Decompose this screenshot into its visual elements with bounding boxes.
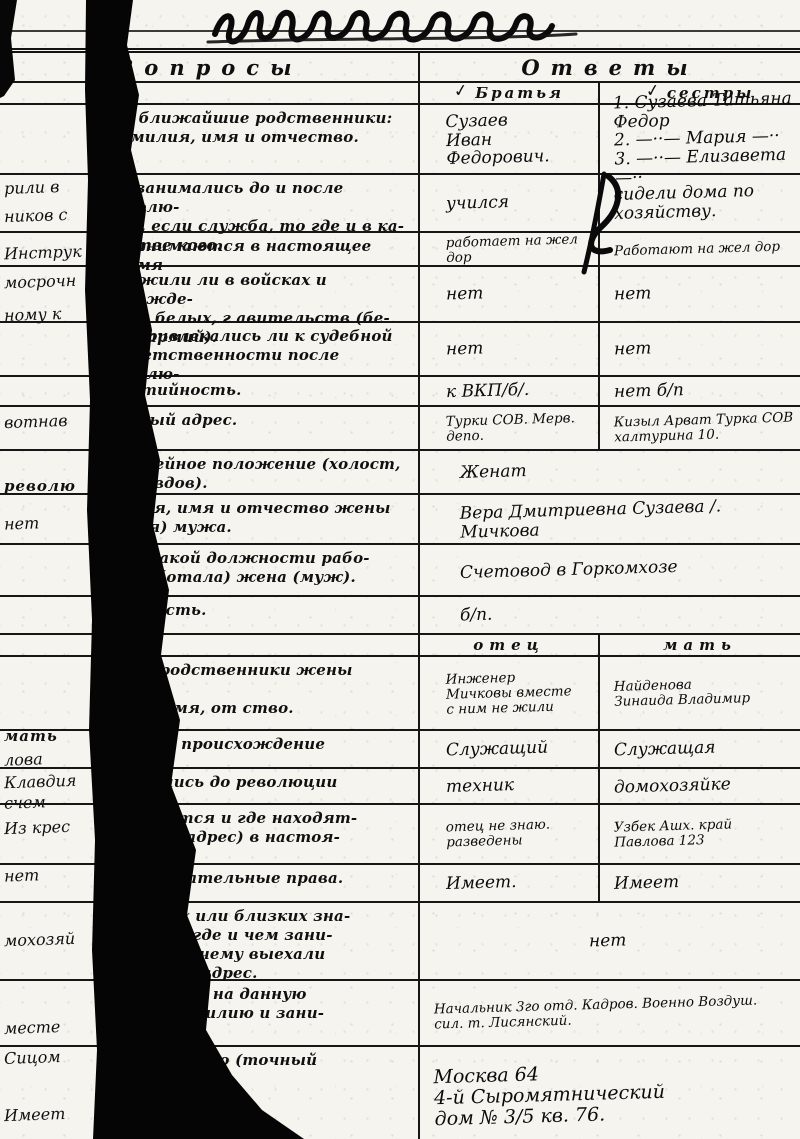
answer-cell-right: Служащая <box>600 731 800 767</box>
handwritten-answer: Счетовод в Горкомхозе <box>460 558 678 583</box>
question-cell: жительство (точный телефона). <box>0 1047 420 1139</box>
questionnaire-table: Вопросы Ответы ✓ Братья ✓ сестры ши ближ… <box>0 48 800 1139</box>
question-cell: Не привлекались ли к судебной ответствен… <box>0 323 420 375</box>
answer-cell-right: сидели дома по хозяйству. <box>600 175 800 231</box>
question-cell: Партийность. <box>0 377 420 405</box>
question-cell: комендует на данную азать фамилию и зани… <box>0 981 420 1045</box>
handwritten-answer: Имеет <box>614 873 680 893</box>
handwritten-answer: Работают на жел дор <box>614 239 780 258</box>
question-cell: и на какой должности рабо- т (работала) … <box>0 545 420 595</box>
handwritten-answer: отец не знаю. разведены <box>446 818 551 851</box>
mother-subheader-label: мать <box>663 636 737 654</box>
answer-cell-left: Инженер Мичковы вместе с ним не жили <box>420 657 600 729</box>
question-text: и на какой должности рабо- т (работала) … <box>106 549 370 586</box>
questions-header-cell: Вопросы <box>0 53 420 81</box>
empty-cell <box>0 635 420 655</box>
question-cell: и родных или близких зна- раницей, где и… <box>0 903 420 979</box>
handwritten-answer: нет <box>589 931 627 951</box>
table-row: вие или происхождениеСлужащийСлужащая <box>0 731 800 769</box>
table-row: ши ближайшие родственники: Фамилия, имя … <box>0 105 800 175</box>
question-cell: ем занимались до и после револю- ции, ес… <box>0 175 420 231</box>
handwritten-answer: Турки СОВ. Мерв. депо. <box>446 411 576 444</box>
handwritten-answer: Начальник 3го отд. Кадров. Военно Воздуш… <box>434 994 758 1033</box>
handwritten-answer: Имеет. <box>446 873 517 894</box>
answers-header-cell: Ответы <box>420 53 800 81</box>
table-row: йшие родственники жены ). илия, имя, от … <box>0 657 800 731</box>
table-row: жительство (точный телефона).Москва 64 4… <box>0 1047 800 1139</box>
handwritten-answer: техник <box>446 776 515 797</box>
parents-subheader-row: отецмать <box>0 635 800 657</box>
answer-cell-left: к ВКП/б/. <box>420 377 600 405</box>
answer-cell-left: техник <box>420 769 600 803</box>
mother-subheader-cell: мать <box>600 635 800 655</box>
question-cell: ши ближайшие родственники: Фамилия, имя … <box>0 105 420 173</box>
question-cell: милия, имя и отчество жены вичья) мужа. <box>0 495 420 543</box>
question-text: вие или происхождение <box>106 735 325 753</box>
questions-header-label: Вопросы <box>116 55 303 80</box>
answers-header-label: Ответы <box>521 55 698 80</box>
answer-cell-right: Работают на жел дор <box>600 233 800 265</box>
answer-cell: нет <box>420 903 800 979</box>
handwritten-answer: Узбек Ашх. край Павлова 123 <box>614 818 733 851</box>
answer-cell-left: Турки СОВ. Мерв. депо. <box>420 407 600 449</box>
question-cell: вие или происхождение <box>0 731 420 767</box>
table-row: комендует на данную азать фамилию и зани… <box>0 981 800 1047</box>
brothers-subheader-cell: ✓ Братья <box>420 83 600 103</box>
answer-cell: Счетовод в Горкомхозе <box>420 545 800 595</box>
question-text: ли избирательные права. <box>106 869 343 887</box>
handwritten-answer: б/п. <box>460 605 493 625</box>
table-row: анимались до революциитехникдомохозяйке <box>0 769 800 805</box>
answer-cell: б/п. <box>420 597 800 633</box>
question-text: е семейное положение (холост, нат, вдов)… <box>106 455 401 492</box>
answer-cell-right: нет <box>600 323 800 375</box>
question-cell: анимались до революции <box>0 769 420 803</box>
answer-cell-left: Сузаев Иван Федорович. <box>420 105 600 173</box>
question-cell: м занимаются в настоящее время <box>0 233 420 265</box>
handwritten-answer: домохозяйке <box>614 775 731 797</box>
question-text: комендует на данную азать фамилию и зани… <box>106 985 324 1041</box>
table-row: и на какой должности рабо- т (работала) … <box>0 545 800 597</box>
empty-cell <box>0 83 420 103</box>
handwritten-title-scrawl-icon <box>190 0 590 52</box>
handwritten-answer: сидели дома по хозяйству. <box>614 182 755 223</box>
answer-cell-right: Имеет <box>600 865 800 901</box>
answer-cell-right: Узбек Ашх. край Павлова 123 <box>600 805 800 863</box>
table-row: тийность.б/п. <box>0 597 800 635</box>
question-text: тийность. <box>106 601 207 619</box>
handwritten-answer: Женат <box>460 462 527 483</box>
handwritten-answer: работает на жел дор <box>446 232 595 266</box>
father-subheader-label: отец <box>473 636 544 654</box>
table-row: Точный адрес.Турки СОВ. Мерв. депо.Кизыл… <box>0 407 800 451</box>
handwritten-answer: Служащий <box>446 738 549 760</box>
question-text: Партийность. <box>106 381 242 399</box>
handwritten-answer: Москва 64 4-й Сыромятнический дом № 3/5 … <box>433 1061 666 1130</box>
handwritten-answer: нет <box>446 339 484 359</box>
table-row: анимаются и где находят- точный адрес) в… <box>0 805 800 865</box>
handwritten-answer: учился <box>446 193 509 213</box>
table-row: м занимаются в настоящее времяработает н… <box>0 233 800 267</box>
handwritten-answer: Найденова Зинаида Владимир <box>614 676 751 709</box>
handwritten-answer: 1. Сузаева Татьяна Федор 2. —··— Мария —… <box>613 90 798 188</box>
answer-cell-right: домохозяйке <box>600 769 800 803</box>
brothers-subheader-label: Братья <box>475 84 564 102</box>
question-cell: Точный адрес. <box>0 407 420 449</box>
answer-cell-left: нет <box>420 267 600 321</box>
question-text: жительство (точный телефона). <box>106 1051 317 1088</box>
handwritten-answer: Кизыл Арват Турка СОВ халтурина 10. <box>614 411 794 446</box>
table-row: Партийность.к ВКП/б/.нет б/п <box>0 377 800 407</box>
answer-cell-right: Найденова Зинаида Владимир <box>600 657 800 729</box>
handwritten-answer: Вера Дмитриевна Сузаева /. Мичкова <box>460 496 797 543</box>
question-cell: е семейное положение (холост, нат, вдов)… <box>0 451 420 493</box>
question-cell: Служили ли в войсках и учрежде- ниях бел… <box>0 267 420 321</box>
father-subheader-cell: отец <box>420 635 600 655</box>
horizontal-rule <box>0 30 800 32</box>
answer-cell-right: нет б/п <box>600 377 800 405</box>
question-text: анимались до революции <box>106 773 337 791</box>
table-row: Служили ли в войсках и учрежде- ниях бел… <box>0 267 800 323</box>
handwritten-answer: Служащая <box>614 738 716 760</box>
scanned-questionnaire-page: Вопросы Ответы ✓ Братья ✓ сестры ши ближ… <box>0 0 800 1139</box>
answer-cell-left: учился <box>420 175 600 231</box>
answer-cell: Начальник 3го отд. Кадров. Военно Воздуш… <box>420 981 800 1045</box>
table-row: е семейное положение (холост, нат, вдов)… <box>0 451 800 495</box>
table-row: и родных или близких зна- раницей, где и… <box>0 903 800 981</box>
table-row: Не привлекались ли к судебной ответствен… <box>0 323 800 377</box>
question-text: йшие родственники жены ). илия, имя, от … <box>106 661 353 717</box>
handwritten-answer: Инженер Мичковы вместе с ним не жили <box>445 669 572 717</box>
answer-cell-left: нет <box>420 323 600 375</box>
question-text: Точный адрес. <box>106 411 237 429</box>
answer-cell-left: Служащий <box>420 731 600 767</box>
handwritten-answer: нет <box>446 284 484 304</box>
answer-cell: Москва 64 4-й Сыромятнический дом № 3/5 … <box>420 1047 800 1139</box>
table-row: милия, имя и отчество жены вичья) мужа.В… <box>0 495 800 545</box>
question-text: анимаются и где находят- точный адрес) в… <box>106 809 357 865</box>
question-cell: йшие родственники жены ). илия, имя, от … <box>0 657 420 729</box>
table-row: ли избирательные права.Имеет.Имеет <box>0 865 800 903</box>
table-row: ем занимались до и после револю- ции, ес… <box>0 175 800 233</box>
handwritten-answer: нет <box>614 339 652 359</box>
question-cell: ли избирательные права. <box>0 865 420 901</box>
table-header-row: Вопросы Ответы <box>0 53 800 83</box>
answer-cell: Вера Дмитриевна Сузаева /. Мичкова <box>420 495 800 543</box>
answer-cell-right: нет <box>600 267 800 321</box>
answer-cell-right: 1. Сузаева Татьяна Федор 2. —··— Мария —… <box>600 105 800 173</box>
answer-cell-left: отец не знаю. разведены <box>420 805 600 863</box>
answer-cell-left: Имеет. <box>420 865 600 901</box>
question-text: и родных или близких зна- раницей, где и… <box>106 907 350 982</box>
question-text: милия, имя и отчество жены вичья) мужа. <box>106 499 391 536</box>
question-cell: анимаются и где находят- точный адрес) в… <box>0 805 420 863</box>
question-cell: тийность. <box>0 597 420 633</box>
answer-cell: Женат <box>420 451 800 493</box>
answer-cell-left: работает на жел дор <box>420 233 600 265</box>
handwritten-answer: Сузаев Иван Федорович. <box>445 109 595 169</box>
check-mark-icon: ✓ <box>452 80 472 102</box>
handwritten-answer: нет б/п <box>614 381 684 402</box>
answer-cell-right: Кизыл Арват Турка СОВ халтурина 10. <box>600 407 800 449</box>
handwritten-answer: нет <box>614 284 652 304</box>
question-text: ши ближайшие родственники: Фамилия, имя … <box>106 109 392 146</box>
handwritten-answer: к ВКП/б/. <box>446 380 530 401</box>
